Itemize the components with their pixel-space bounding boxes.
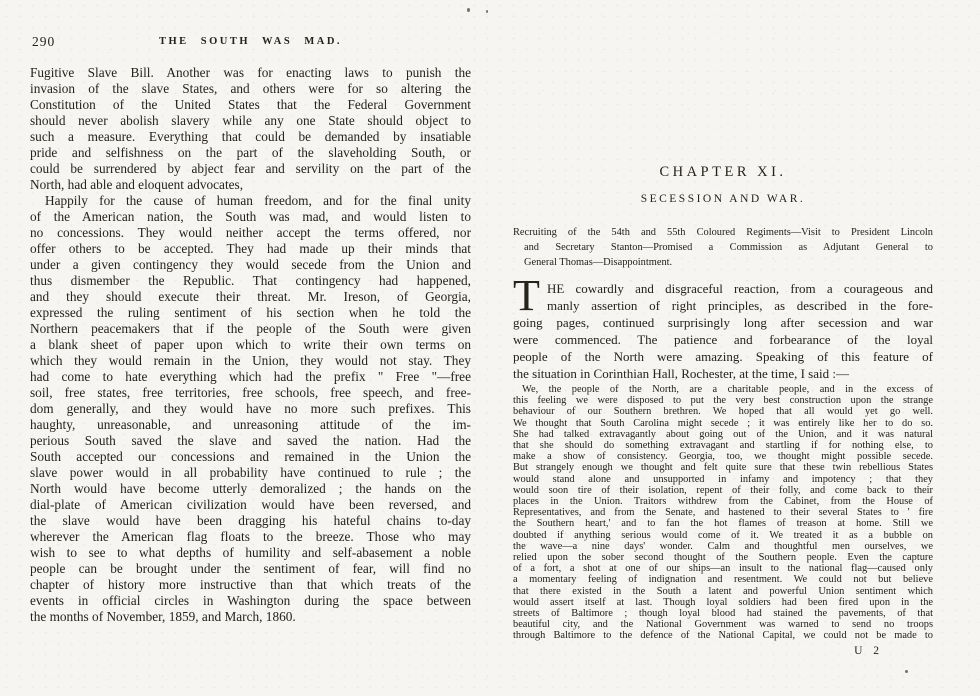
text-line: that she should do something extravagant… [513, 440, 933, 451]
running-header: THE SOUTH WAS MAD. [30, 34, 471, 47]
text-line: She had talked extravagantly about going… [513, 429, 933, 440]
left-page-header: 290 THE SOUTH WAS MAD. [30, 34, 471, 50]
scan-speck [486, 10, 488, 13]
text-line: under a given contingency they would sec… [30, 257, 471, 273]
text-line: HE cowardly and disgraceful reaction, fr… [513, 280, 933, 297]
text-line: the Southern heart,' and to fan the hot … [513, 518, 933, 529]
text-line: Happily for the cause of human freedom, … [30, 193, 471, 209]
left-page: 290 THE SOUTH WAS MAD. Fugitive Slave Bi… [30, 34, 471, 625]
text-line: a blank sheet of paper upon which to wri… [30, 337, 471, 353]
text-line: Fugitive Slave Bill. Another was for ena… [30, 65, 471, 81]
text-line: the slave would have been dragging his h… [30, 513, 471, 529]
text-line: chapter of history more instructive than… [30, 577, 471, 593]
book-spread-scan: 290 THE SOUTH WAS MAD. Fugitive Slave Bi… [0, 0, 980, 696]
text-line: thus dismember the Republic. That contin… [30, 273, 471, 289]
text-line: North would have become utterly demorali… [30, 481, 471, 497]
text-line: manly assertion of right principles, as … [513, 297, 933, 314]
text-line: places in the Union. Traitors withdrew f… [513, 496, 933, 507]
text-line: Recruiting of the 54th and 55th Coloured… [513, 225, 933, 240]
text-line: We, the people of the North, are a chari… [513, 384, 933, 395]
scan-speck [905, 670, 908, 673]
text-line: had come to hate everything which had th… [30, 369, 471, 385]
chapter-title: CHAPTER XI. [513, 164, 933, 181]
intro-paragraph: THE cowardly and disgraceful reaction, f… [513, 280, 933, 382]
paragraph-continuation: Fugitive Slave Bill. Another was for ena… [30, 65, 471, 193]
text-line: this feeling we were disposed to put the… [513, 395, 933, 406]
text-line: should never abolish slavery while any o… [30, 113, 471, 129]
drop-cap: T [513, 281, 543, 314]
page-number: 290 [32, 34, 55, 50]
text-line: haughty, unreasonable, and unreasoning a… [30, 417, 471, 433]
text-line: the situation in Corinthian Hall, Roches… [513, 365, 933, 382]
text-line: going pages, continued surprisingly long… [513, 314, 933, 331]
text-line: But strangely enough we thought and felt… [513, 462, 933, 473]
text-line: slave power would in all probability hav… [30, 465, 471, 481]
right-page: CHAPTER XI. SECESSION AND WAR. Recruitin… [513, 164, 933, 657]
text-line: relied upon the sober second thought of … [513, 552, 933, 563]
text-line: invasion of the slave States, and others… [30, 81, 471, 97]
scan-speck [467, 8, 470, 12]
text-line: beautiful city, and the National Governm… [513, 619, 933, 630]
text-line: perious South saved the slave and saved … [30, 433, 471, 449]
text-line: behaviour of our Southern brethren. We h… [513, 406, 933, 417]
chapter-synopsis: Recruiting of the 54th and 55th Coloured… [513, 225, 933, 270]
text-line: could be surrendered by abject fear and … [30, 161, 471, 177]
text-line: were commenced. The patience and forbear… [513, 331, 933, 348]
text-line: no concessions. They would neither accep… [30, 225, 471, 241]
text-line: doubted if anything serious would come o… [513, 530, 933, 541]
text-line: streets of Baltimore ; though loyal bloo… [513, 608, 933, 619]
text-line: such a measure. Everything that could be… [30, 129, 471, 145]
text-line: South accepted our concessions and remai… [30, 449, 471, 465]
signature-mark: U 2 [513, 645, 933, 657]
text-line: through Baltimore to the defence of the … [513, 630, 933, 641]
text-line: dial-plate of American civilization woul… [30, 497, 471, 513]
text-line: the months of November, 1859, and March,… [30, 609, 471, 625]
text-line: would soon tire of their isolation, repe… [513, 485, 933, 496]
text-line: events in official circles in Washington… [30, 593, 471, 609]
text-line: the wave—a nine days' wonder. Calm and t… [513, 541, 933, 552]
text-line: that there existed in the South a latent… [513, 586, 933, 597]
text-line: would stand alone and unsupported in inf… [513, 474, 933, 485]
left-page-body: Fugitive Slave Bill. Another was for ena… [30, 65, 471, 625]
text-line: which they would remain in the Union, th… [30, 353, 471, 369]
paragraph: Happily for the cause of human freedom, … [30, 193, 471, 625]
text-line: Constitution of the United States that t… [30, 97, 471, 113]
text-line: Northern peacemakers that if the people … [30, 321, 471, 337]
chapter-subtitle: SECESSION AND WAR. [513, 193, 933, 205]
text-line: wherever the American flag floats to the… [30, 529, 471, 545]
text-line: expressed the ruling sentiment of his se… [30, 305, 471, 321]
text-line: North, had able and eloquent advocates, [30, 177, 471, 193]
text-line: We thought that South Carolina might sec… [513, 418, 933, 429]
text-line: General Thomas—Disappointment. [513, 255, 933, 270]
text-line: of the American nation, the South was ma… [30, 209, 471, 225]
text-line: and Secretary Stanton—Promised a Commiss… [513, 240, 933, 255]
text-line: dom generally, and they would have no mo… [30, 401, 471, 417]
text-line: soil, free states, free territories, fre… [30, 385, 471, 401]
text-line: a momentary feeling of indignation and r… [513, 574, 933, 585]
text-line: and they should execute their threat. Mr… [30, 289, 471, 305]
text-line: of a fort, a shot at one of our ships—an… [513, 563, 933, 574]
text-line: make a show of consistency. Georgia, too… [513, 451, 933, 462]
text-line: Representatives, and from the Senate, an… [513, 507, 933, 518]
text-line: wish to see to what depths of humility a… [30, 545, 471, 561]
text-line: would assert itself at last. Though loya… [513, 597, 933, 608]
text-line: offer others to be accepted. They had ma… [30, 241, 471, 257]
text-line: people can be brought under the sentimen… [30, 561, 471, 577]
text-line: people of the North were amazing. Speaki… [513, 348, 933, 365]
quoted-passage: We, the people of the North, are a chari… [513, 384, 933, 642]
text-line: pride and selfishness on the part of the… [30, 145, 471, 161]
